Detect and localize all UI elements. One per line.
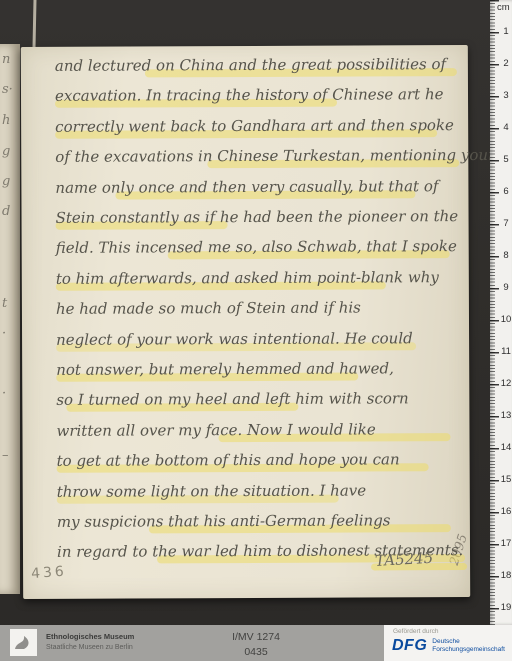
ruler-label: 10	[500, 314, 512, 325]
museum-org: Staatliche Museen zu Berlin	[46, 643, 134, 653]
ruler-label: 13	[500, 410, 512, 421]
funder-panel: Gefördert durch DFG Deutsche Forschungsg…	[384, 625, 512, 661]
adjacent-page-sliver: n s· h g g d t · · –	[0, 44, 20, 594]
museum-logo	[10, 629, 37, 656]
funding-note: Gefördert durch	[393, 628, 439, 635]
margin-fragment: d	[2, 204, 10, 219]
letter-line: to get at the bottom of this and hope yo…	[57, 450, 467, 479]
letter-line: field. This incensed me so, also Schwab,…	[56, 237, 466, 266]
ruler-label: 3	[500, 90, 512, 101]
margin-fragment: g	[2, 144, 10, 159]
letter-line: excavation. In tracing the history of Ch…	[55, 85, 465, 114]
margin-fragment: s·	[2, 82, 13, 97]
ruler-label: 17	[500, 538, 512, 549]
ruler-label: 7	[500, 218, 512, 229]
wave-icon	[10, 629, 37, 656]
margin-fragment: h	[2, 113, 10, 128]
archive-code: TA5245	[375, 549, 434, 570]
ruler-label: 9	[500, 282, 512, 293]
letter-line: my suspicions that his anti-German feeli…	[57, 511, 467, 540]
letter-line: throw some light on the situation. I hav…	[57, 481, 467, 510]
letter-line: Stein constantly as if he had been the p…	[56, 207, 466, 236]
museum-name: Ethnologisches Museum	[46, 632, 134, 643]
ruler-label: 14	[500, 442, 512, 453]
margin-fragment: ·	[2, 326, 6, 341]
letter-line: not answer, but merely hemmed and hawed,	[56, 359, 466, 388]
museum-caption: Ethnologisches Museum Staatliche Museen …	[46, 632, 134, 652]
letter-line: he had made so much of Stein and if his	[56, 298, 466, 327]
letter-line: written all over my face. Now I would li…	[56, 420, 466, 449]
ruler-label: 1	[500, 26, 512, 37]
letter-line: to him afterwards, and asked him point-b…	[56, 268, 466, 297]
margin-fragment: n	[2, 52, 10, 67]
scan-viewport: n s· h g g d t · · – and lectured on Chi…	[0, 0, 512, 661]
letter-line: correctly went back to Gandhara art and …	[55, 116, 465, 145]
margin-fragment: ·	[2, 386, 6, 401]
funder-name: Deutsche Forschungsgemeinschaft	[432, 638, 505, 654]
dfg-logo: DFG	[392, 637, 427, 655]
ruler-label: 15	[500, 474, 512, 485]
ruler-unit-label: cm	[497, 2, 510, 13]
letter-line: neglect of your work was intentional. He…	[56, 329, 466, 358]
ruler-label: 19	[500, 602, 512, 613]
document-codes: I/MV 1274 0435	[180, 630, 332, 660]
pencil-page-number: 436	[31, 564, 68, 583]
cm-ruler: cm 1 2 3 4 5 6 7 8 9 10 11 12 13 14 15 1…	[490, 0, 512, 625]
ruler-label: 12	[500, 378, 512, 389]
ruler-label: 5	[500, 154, 512, 165]
ruler-label: 8	[500, 250, 512, 261]
ruler-label: 11	[500, 346, 512, 357]
margin-fragment: g	[2, 174, 10, 189]
ruler-label: 2	[500, 58, 512, 69]
letter-line: so I turned on my heel and left him with…	[56, 389, 466, 418]
letter-line: name only once and then very casually, b…	[55, 177, 465, 206]
ruler-label: 4	[500, 122, 512, 133]
letter-line: of the excavations in Chinese Turkestan,…	[55, 146, 465, 175]
page-edge-sliver	[33, 0, 37, 47]
letter-line: and lectured on China and the great poss…	[55, 55, 465, 84]
ruler-label: 6	[500, 186, 512, 197]
page-id: 0435	[180, 645, 332, 660]
margin-fragment: –	[2, 448, 9, 463]
document-id: I/MV 1274	[180, 630, 332, 645]
margin-fragment: t	[2, 296, 7, 311]
ruler-label: 18	[500, 570, 512, 581]
letter-page: and lectured on China and the great poss…	[21, 45, 470, 599]
archive-footer-bar: Ethnologisches Museum Staatliche Museen …	[0, 625, 512, 661]
ruler-label: 16	[500, 506, 512, 517]
